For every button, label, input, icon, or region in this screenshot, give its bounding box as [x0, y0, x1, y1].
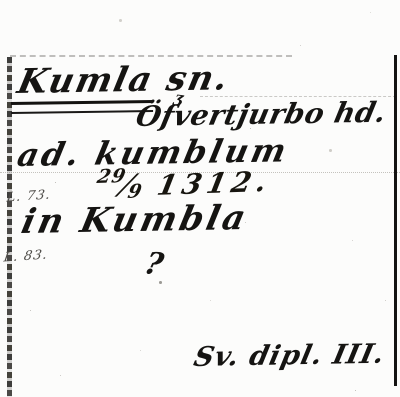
parish-heading: Kumla sn.	[14, 58, 233, 102]
uncertainty-question-mark: ?	[141, 246, 168, 283]
district-province-line: Öfvertjurbo hd. Vst.	[133, 94, 400, 133]
old-name-form-in: in Kumbla	[18, 198, 252, 242]
scanned-archive-card: { "card": { "heading": "Kumla sn.", "hea…	[0, 0, 400, 397]
heading-double-underline	[11, 100, 153, 114]
date-year: 1312.	[154, 165, 274, 202]
margin-reference-2: L. 83.	[3, 247, 49, 265]
upper-card-edge-line	[10, 55, 292, 57]
source-reference: Sv. dipl. III.	[191, 339, 388, 373]
paper-speckles	[0, 0, 1, 1]
